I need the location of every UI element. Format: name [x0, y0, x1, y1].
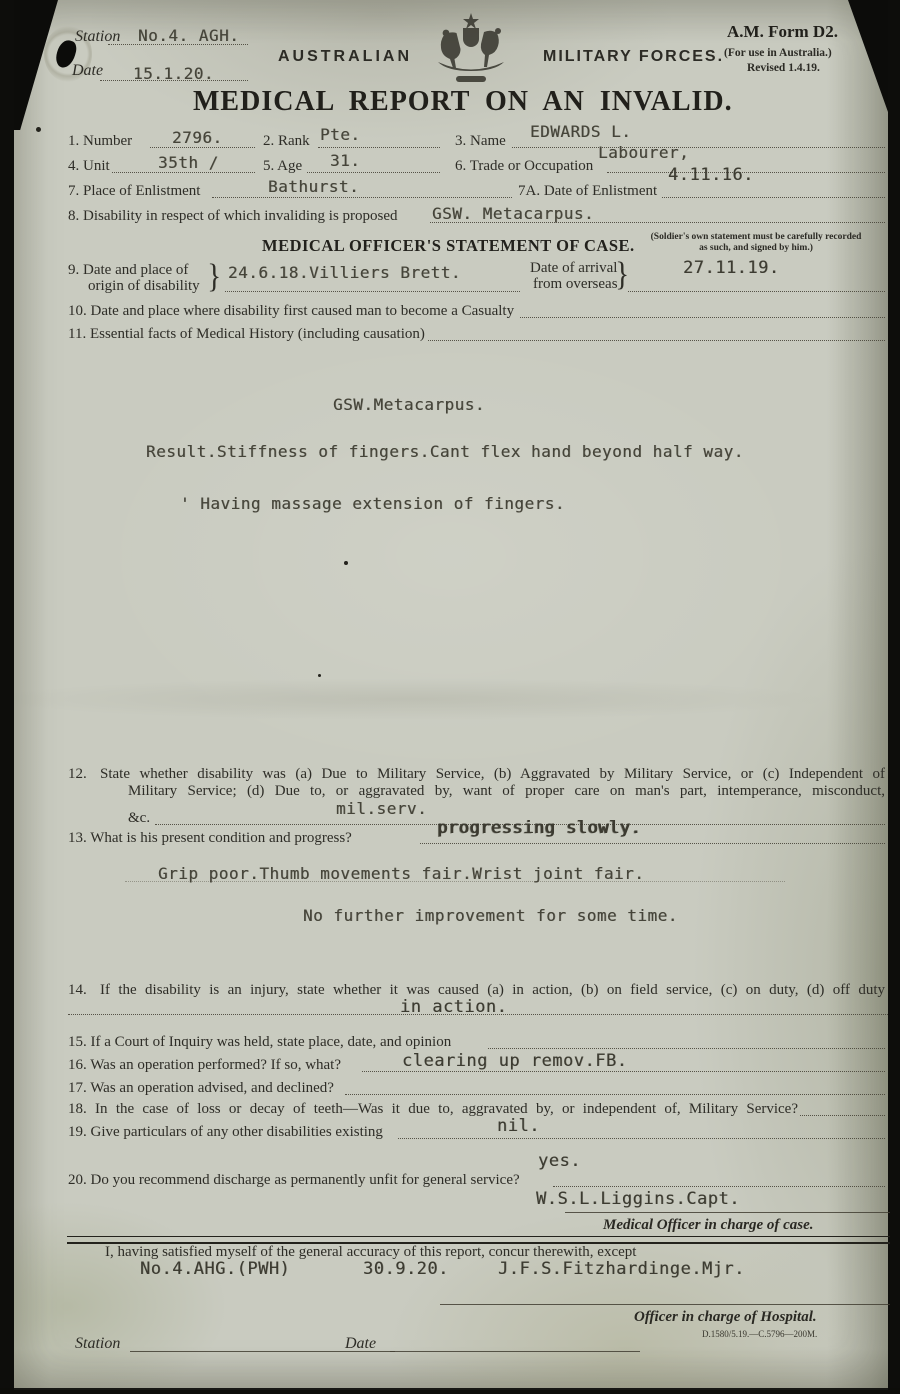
q20-signature: W.S.L.Liggins.Capt.	[536, 1189, 740, 1209]
form-revised-note: Revised 1.4.19.	[747, 62, 820, 74]
station-value: No.4. AGH.	[138, 26, 239, 45]
field-number-value: 2796.	[172, 128, 223, 147]
field-trade-value: Labourer,	[598, 143, 689, 162]
footer-station-label: Station	[75, 1335, 120, 1353]
q12-label-line1: State whether disability was (a) Due to …	[100, 766, 885, 783]
q12-number: 12.	[68, 766, 87, 783]
q16-line	[362, 1071, 885, 1072]
date-value: 15.1.20.	[133, 64, 214, 83]
form-code: A.M. Form D2.	[727, 22, 838, 42]
mo-caption: Medical Officer in charge of case.	[603, 1217, 814, 1234]
history-line2: Result.Stiffness of fingers.Cant flex ha…	[146, 442, 744, 461]
field-name-value: EDWARDS L.	[530, 122, 631, 141]
field-rank-line	[318, 147, 440, 148]
statement-note-line1: (Soldier's own statement must be careful…	[651, 232, 862, 242]
q12-value: mil.serv.	[336, 799, 427, 818]
footer-date-label: Date	[345, 1335, 376, 1353]
date-label: Date	[72, 62, 103, 80]
field-age-value: 31.	[330, 151, 360, 170]
arrival-label-line2: from overseas	[533, 276, 618, 293]
q20-label: 20. Do you recommend discharge as perman…	[68, 1172, 520, 1189]
field-unit-line	[112, 172, 255, 173]
page-title: MEDICAL REPORT ON AN INVALID.	[193, 86, 733, 118]
field-place-enlistment-value: Bathurst.	[268, 177, 359, 196]
q13-label: 13. What is his present condition and pr…	[68, 830, 352, 847]
q16-value: clearing up remov.FB.	[402, 1051, 627, 1071]
arrival-label-line1: Date of arrival	[530, 260, 617, 277]
q20-value: yes.	[538, 1151, 581, 1171]
q12-label-line2: Military Service; (d) Due to, or aggrava…	[128, 783, 885, 800]
q9-label-line2: origin of disability	[88, 278, 200, 295]
q13-note2: No further improvement for some time.	[303, 906, 678, 925]
statement-note-line2: as such, and signed by him.)	[699, 243, 813, 253]
scanned-medical-report: Station No.4. AGH. Date 15.1.20. AUSTRAL…	[0, 0, 900, 1394]
hospital-signature-line	[440, 1304, 890, 1305]
q19-line	[398, 1138, 885, 1139]
field-rank-label: 2. Rank	[263, 133, 310, 150]
field-disability-label: 8. Disability in respect of which invali…	[68, 208, 398, 225]
footer-date-line	[390, 1351, 640, 1352]
q16-label: 16. Was an operation performed? If so, w…	[68, 1057, 341, 1074]
field-rank-value: Pte.	[320, 125, 361, 144]
field-place-enlistment-line	[212, 197, 512, 198]
form-use-note: (For use in Australia.)	[724, 47, 832, 59]
concur-signature: J.F.S.Fitzhardinge.Mjr.	[498, 1259, 745, 1279]
q14-line	[68, 1014, 888, 1015]
field-date-enlistment-line	[662, 197, 885, 198]
history-line3: ' Having massage extension of fingers.	[180, 494, 565, 513]
concur-unit: No.4.AHG.(PWH)	[140, 1259, 290, 1279]
hospital-caption: Officer in charge of Hospital.	[634, 1309, 817, 1326]
org-name-right: MILITARY FORCES.	[543, 48, 724, 66]
q13-note1-line	[125, 881, 785, 882]
q18-label: 18. In the case of loss or decay of teet…	[68, 1101, 798, 1118]
field-number-line	[150, 147, 255, 148]
org-name-left: AUSTRALIAN	[278, 48, 412, 66]
field-name-label: 3. Name	[455, 133, 506, 150]
ink-speck	[344, 561, 348, 565]
concur-date: 30.9.20.	[363, 1259, 449, 1279]
q17-label: 17. Was an operation advised, and declin…	[68, 1080, 334, 1097]
statement-note: (Soldier's own statement must be careful…	[622, 232, 890, 255]
q12-etc: &c.	[128, 810, 150, 827]
q17-line	[345, 1094, 885, 1095]
q19-label: 19. Give particulars of any other disabi…	[68, 1124, 383, 1141]
field-name-line	[512, 147, 885, 148]
field-date-enlistment-label: 7A. Date of Enlistment	[518, 183, 657, 200]
q19-value: nil.	[497, 1116, 540, 1136]
q15-line	[488, 1048, 885, 1049]
q15-label: 15. If a Court of Inquiry was held, stat…	[68, 1034, 451, 1051]
australian-coat-of-arms-icon	[430, 12, 512, 95]
field-age-line	[307, 172, 440, 173]
q11-label: 11. Essential facts of Medical History (…	[68, 326, 425, 343]
q9-label-line1: 9. Date and place of	[68, 262, 188, 279]
q18-line	[800, 1115, 885, 1116]
field-unit-label: 4. Unit	[68, 158, 110, 175]
scan-edge-bottom	[0, 1388, 900, 1394]
q9-value: 24.6.18.Villiers Brett.	[228, 263, 461, 282]
q13-line	[420, 843, 885, 844]
q11-line	[428, 340, 885, 341]
field-place-enlistment-label: 7. Place of Enlistment	[68, 183, 200, 200]
statement-heading: MEDICAL OFFICER'S STATEMENT OF CASE.	[262, 236, 635, 256]
q9-line	[225, 291, 520, 292]
q9-brace: }	[207, 258, 221, 296]
mo-signature-line	[565, 1212, 890, 1213]
field-trade-label: 6. Trade or Occupation	[455, 158, 593, 175]
field-age-label: 5. Age	[263, 158, 302, 175]
punch-dot	[36, 127, 41, 132]
q13-value: progressing slowly.	[437, 818, 641, 838]
field-number-label: 1. Number	[68, 133, 132, 150]
q20-line	[553, 1186, 885, 1187]
arrival-brace: }	[615, 256, 629, 294]
arrival-value: 27.11.19.	[683, 258, 780, 278]
q10-label: 10. Date and place where disability firs…	[68, 303, 514, 320]
field-disability-value: GSW. Metacarpus.	[432, 204, 594, 223]
history-line1: GSW.Metacarpus.	[333, 395, 485, 414]
field-date-enlistment-value: 4.11.16.	[668, 165, 754, 185]
ink-speck	[318, 674, 321, 677]
print-code: D.1580/5.19.—C.5796—200M.	[702, 1329, 817, 1339]
arrival-line	[628, 291, 885, 292]
q10-line	[520, 317, 885, 318]
q14-number: 14.	[68, 982, 87, 999]
section-divider-rule	[67, 1236, 890, 1244]
field-unit-value: 35th /	[158, 153, 219, 172]
